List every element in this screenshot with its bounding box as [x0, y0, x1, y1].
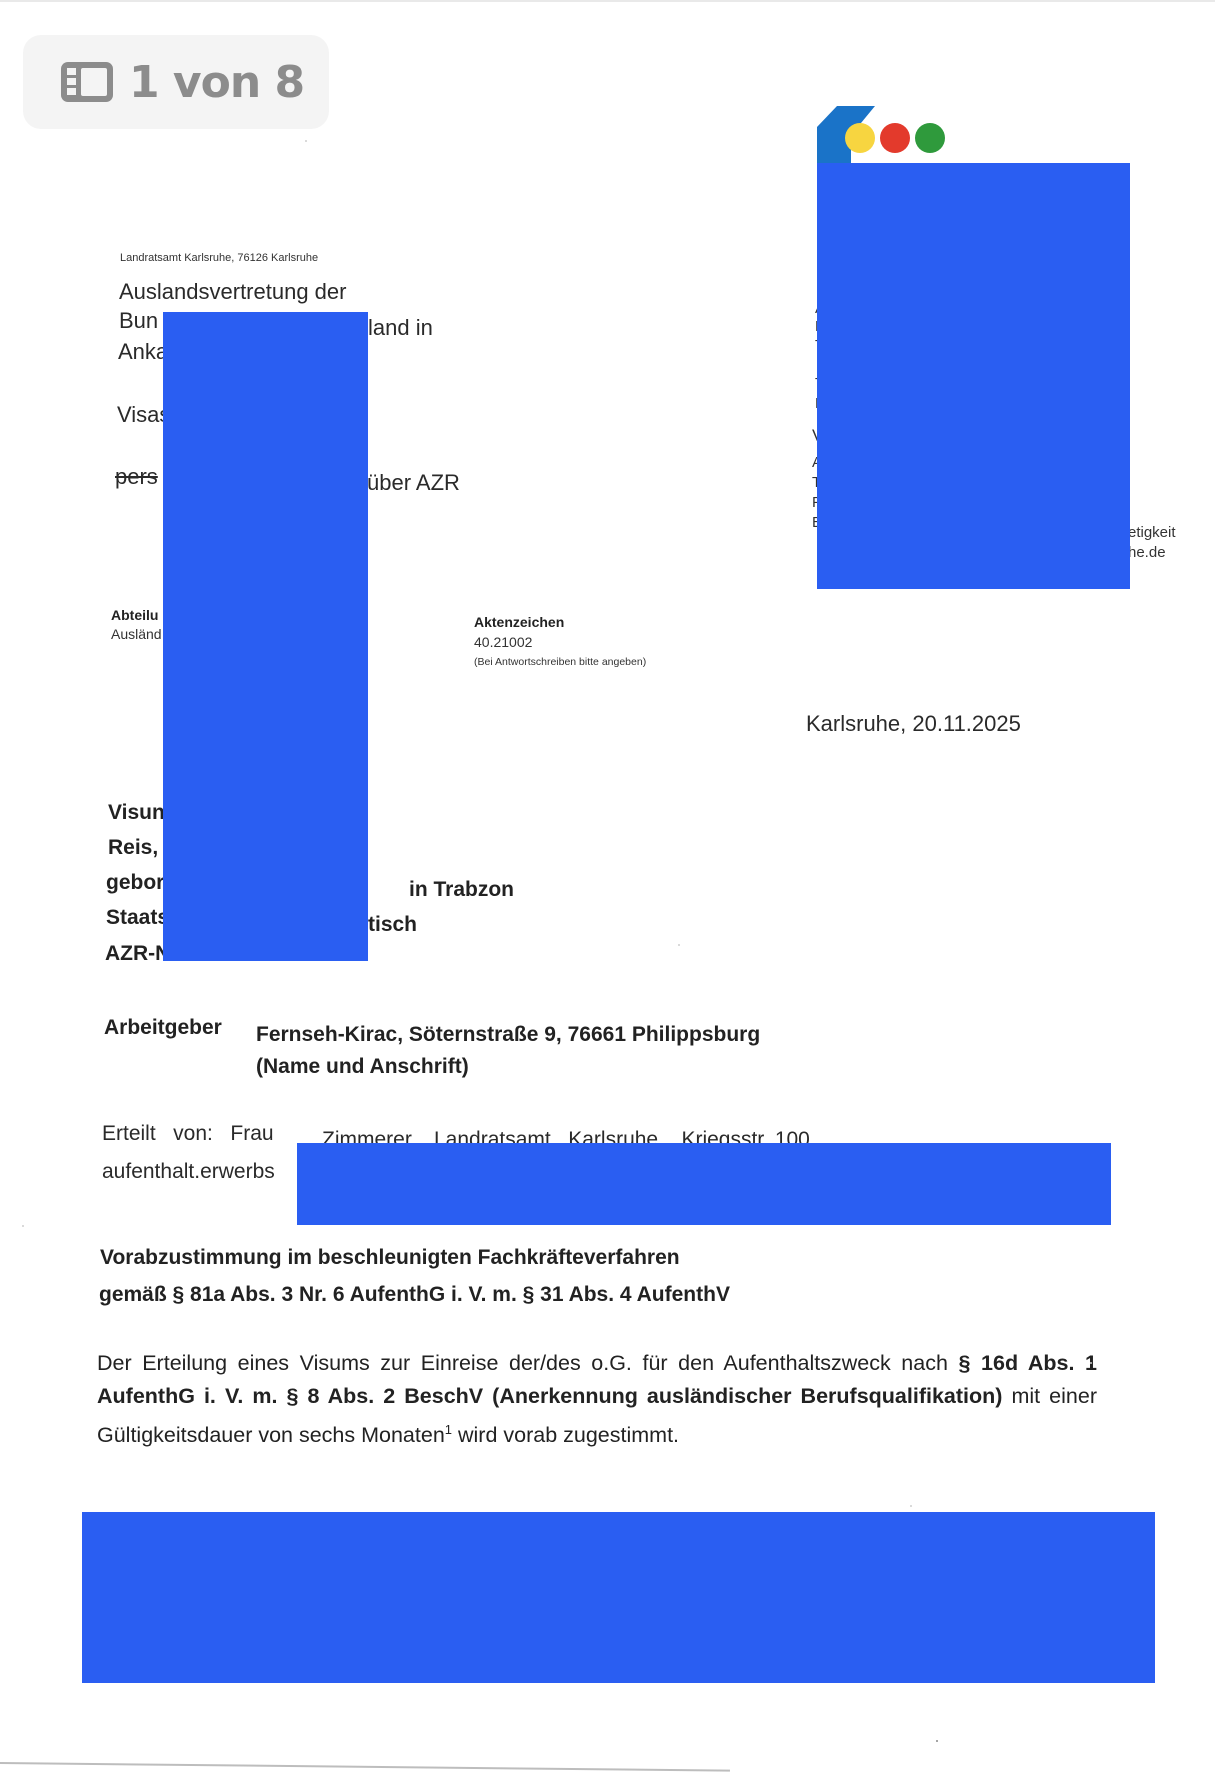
subject-nationality-end: tisch — [368, 913, 417, 937]
sender-line: Landratsamt Karlsruhe, 76126 Karlsruhe — [120, 252, 318, 264]
recipient-line-2-end: land in — [368, 313, 433, 343]
scan-speck — [22, 1225, 24, 1227]
place-date: Karlsruhe, 20.11.2025 — [806, 711, 1021, 737]
department-label: Abteilu — [111, 607, 158, 623]
subject-line-4-start: Staats — [106, 906, 169, 930]
redaction-box — [817, 163, 1130, 589]
subject-birthplace: in Trabzon — [409, 878, 514, 902]
footnote-mark: 1 — [445, 1422, 452, 1437]
employer-note: (Name und Anschrift) — [256, 1055, 469, 1079]
subject-line-1: Visun — [108, 801, 165, 825]
recipient-line-5-start: pers — [115, 462, 158, 492]
district-office-logo-icon — [815, 103, 965, 168]
scan-speck — [910, 1505, 912, 1507]
scan-speck — [936, 1740, 938, 1742]
subject-line-2: Reis, — [108, 836, 158, 860]
scan-speck — [305, 140, 307, 142]
contact-tail-1: etigkeit — [1128, 524, 1176, 541]
body-part-1: Der Erteilung eines Visums zur Einreise … — [97, 1351, 959, 1375]
recipient-line-3-start: Anka — [118, 337, 168, 367]
redaction-box — [297, 1143, 1111, 1225]
recipient-line-1: Auslandsvertretung der — [119, 277, 346, 307]
issued-by-start: Erteilt von: Frau — [102, 1122, 274, 1146]
recipient-line-5-end: über AZR — [367, 468, 460, 498]
page-top-edge — [0, 0, 1215, 2]
file-reference-label: Aktenzeichen — [474, 614, 564, 630]
subject-line-3-start: gebor — [106, 871, 164, 895]
approval-heading-2: gemäß § 81a Abs. 3 Nr. 6 AufenthG i. V. … — [99, 1283, 730, 1307]
issued-by-line-2: aufenthalt.erwerbs — [102, 1160, 275, 1184]
scan-edge-line — [0, 1762, 730, 1772]
approval-body: Der Erteilung eines Visums zur Einreise … — [97, 1347, 1097, 1452]
file-reference-note: (Bei Antwortschreiben bitte angeben) — [474, 656, 646, 668]
body-part-4: wird vorab zugestimmt. — [452, 1423, 679, 1447]
department-value: Ausländ — [111, 626, 162, 642]
redaction-box — [82, 1512, 1155, 1683]
sidebar-thumbnails-icon — [59, 60, 115, 104]
contact-tail-2: he.de — [1128, 544, 1166, 561]
file-reference-value: 40.21002 — [474, 634, 532, 650]
page-indicator-text: 1 von 8 — [129, 57, 304, 108]
employer-value: Fernseh-Kirac, Söternstraße 9, 76661 Phi… — [256, 1023, 760, 1047]
approval-heading-1: Vorabzustimmung im beschleunigten Fachkr… — [100, 1246, 680, 1270]
recipient-line-2-start: Bun — [119, 306, 158, 336]
employer-label: Arbeitgeber — [104, 1016, 222, 1040]
redaction-box — [163, 312, 368, 961]
page-indicator-badge[interactable]: 1 von 8 — [23, 35, 329, 129]
scan-speck — [678, 944, 680, 946]
scan-speck — [1090, 1362, 1092, 1364]
